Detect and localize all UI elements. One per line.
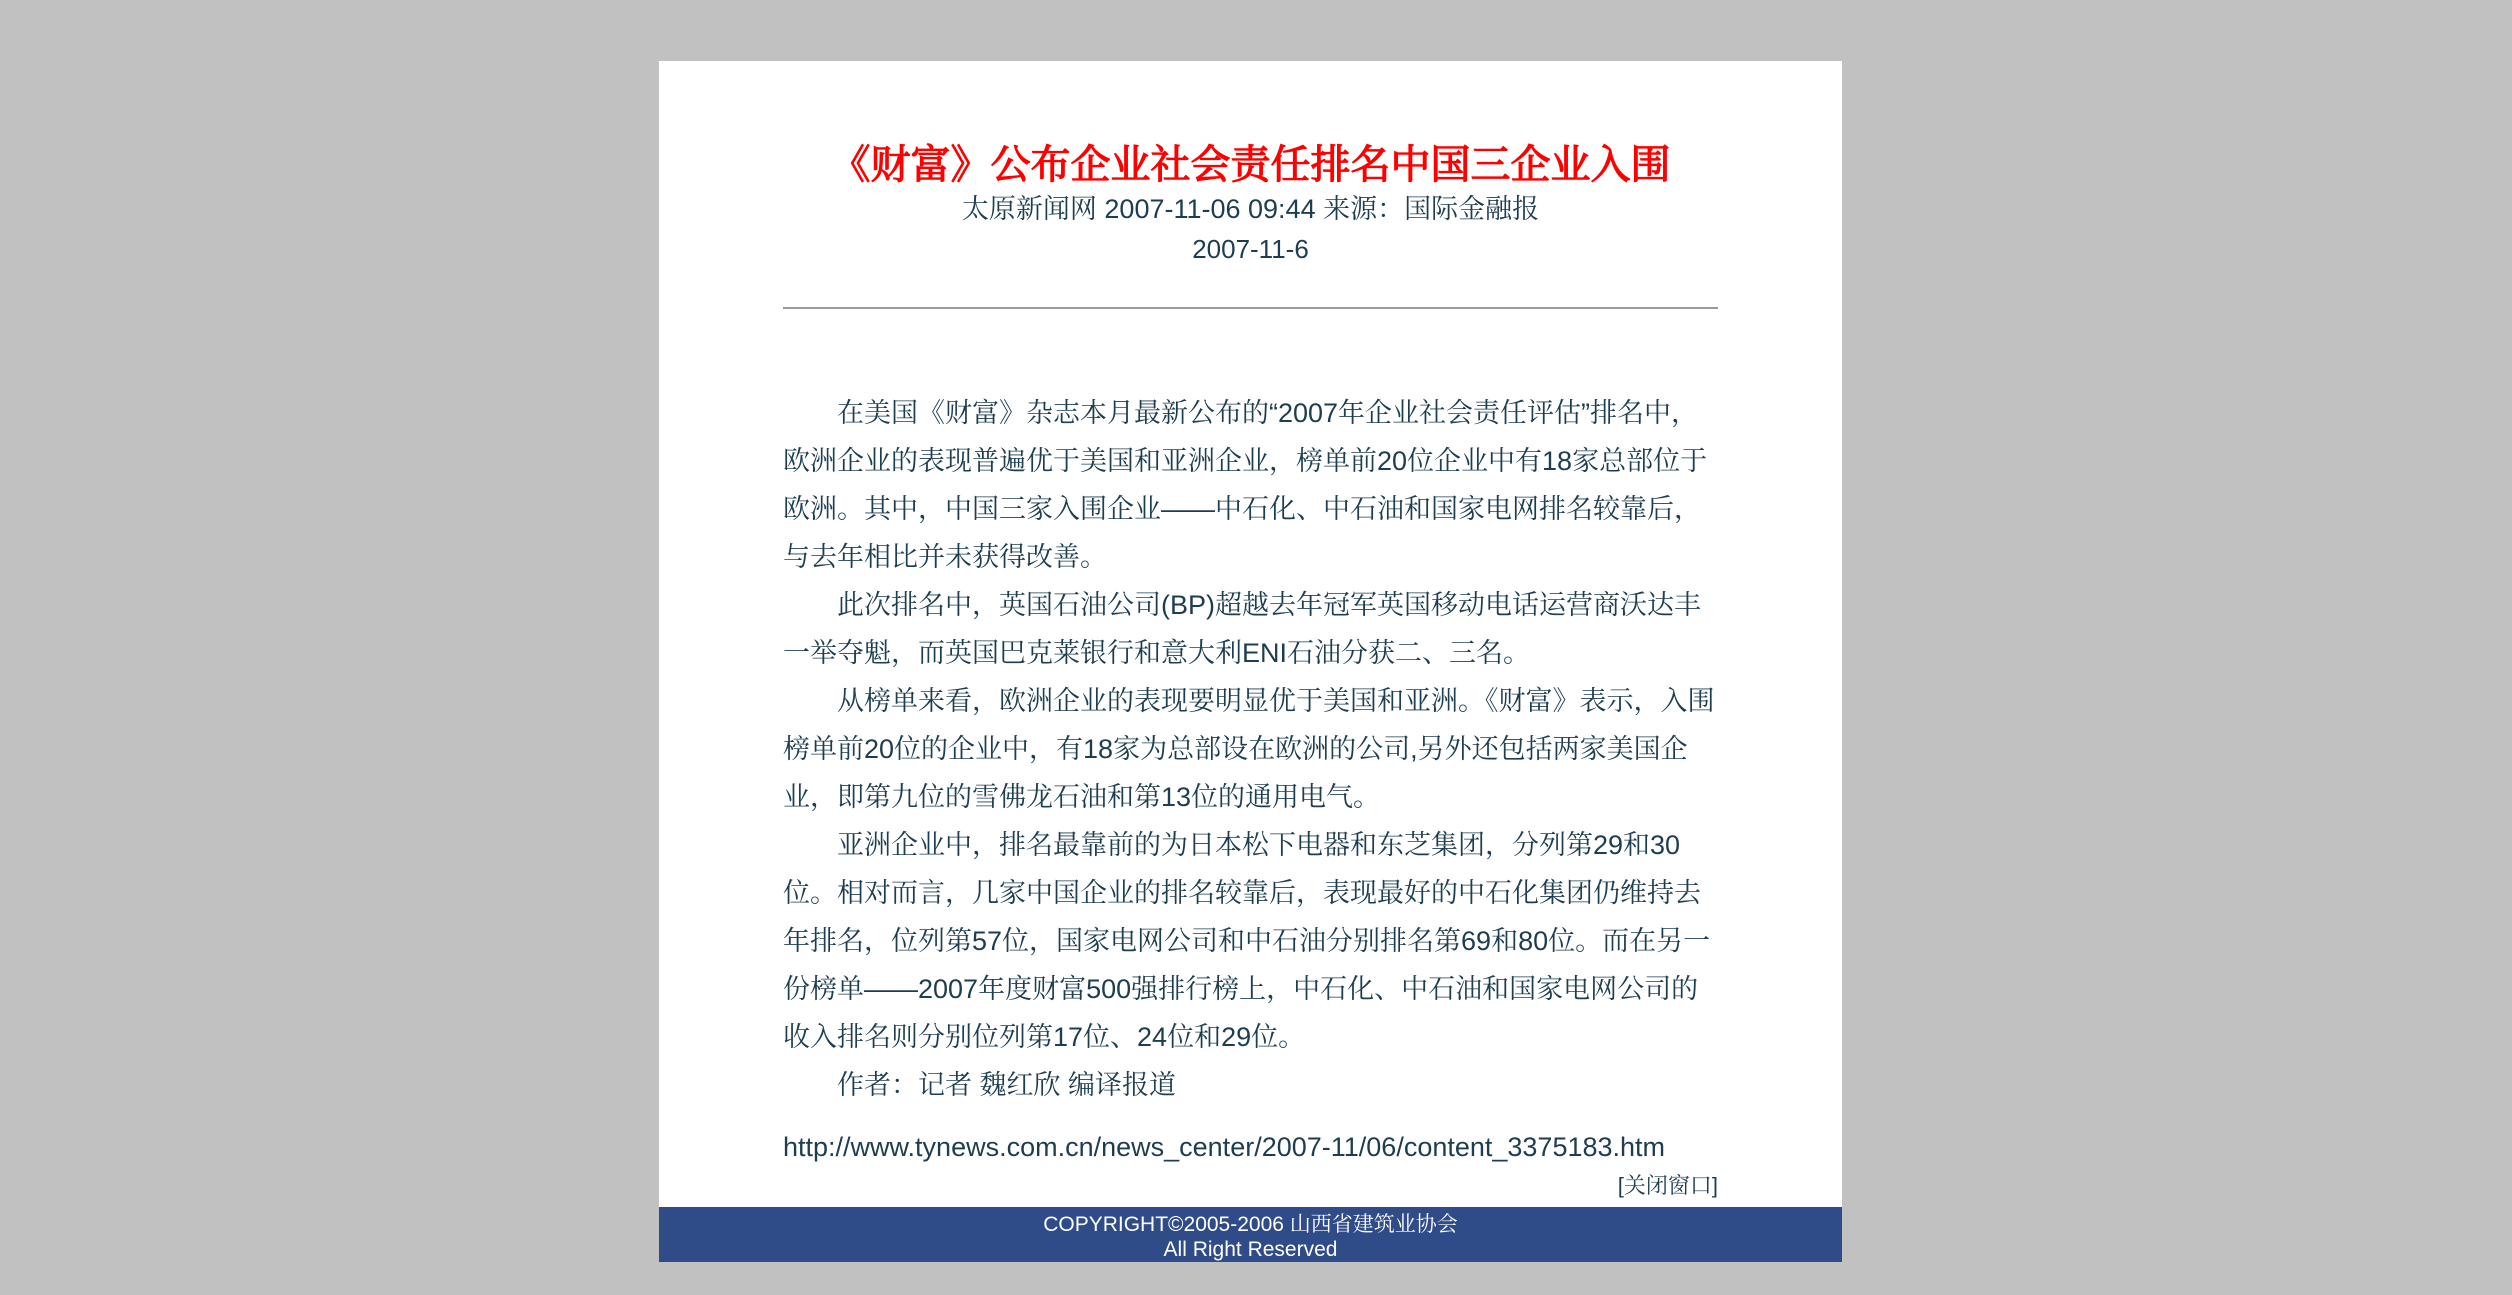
source-url: http://www.tynews.com.cn/news_center/200… (783, 1127, 1718, 1167)
article-meta: 太原新闻网 2007-11-06 09:44 来源：国际金融报 (783, 189, 1718, 229)
article-author: 作者：记者 魏红欣 编译报道 (783, 1061, 1718, 1109)
article-title: 《财富》公布企业社会责任排名中国三企业入围 (783, 141, 1718, 189)
article-content: 《财富》公布企业社会责任排名中国三企业入围 太原新闻网 2007-11-06 0… (659, 61, 1842, 1207)
article-paragraph: 亚洲企业中，排名最靠前的为日本松下电器和东芝集团，分列第29和30位。相对而言，… (783, 821, 1718, 1061)
close-row: [关闭窗口] (783, 1171, 1718, 1201)
article-paragraph: 从榜单来看，欧洲企业的表现要明显优于美国和亚洲。《财富》表示，入围榜单前20位的… (783, 677, 1718, 821)
article-paragraph: 在美国《财富》杂志本月最新公布的“2007年企业社会责任评估”排名中，欧洲企业的… (783, 389, 1718, 581)
article-date: 2007-11-6 (783, 229, 1718, 269)
page-footer: COPYRIGHT©2005-2006 山西省建筑业协会 All Right R… (659, 1207, 1842, 1262)
page-background: { "page": { "background_color": "#c1c1c1… (0, 0, 2512, 1295)
footer-copyright: COPYRIGHT©2005-2006 山西省建筑业协会 (659, 1212, 1842, 1237)
divider (783, 307, 1718, 309)
footer-rights: All Right Reserved (659, 1237, 1842, 1262)
article-paragraph: 此次排名中，英国石油公司(BP)超越去年冠军英国移动电话运营商沃达丰一举夺魁，而… (783, 581, 1718, 677)
close-window-link[interactable]: [关闭窗口] (1618, 1173, 1718, 1198)
article-panel: 《财富》公布企业社会责任排名中国三企业入围 太原新闻网 2007-11-06 0… (659, 61, 1842, 1262)
article-body: 在美国《财富》杂志本月最新公布的“2007年企业社会责任评估”排名中，欧洲企业的… (783, 389, 1718, 1109)
